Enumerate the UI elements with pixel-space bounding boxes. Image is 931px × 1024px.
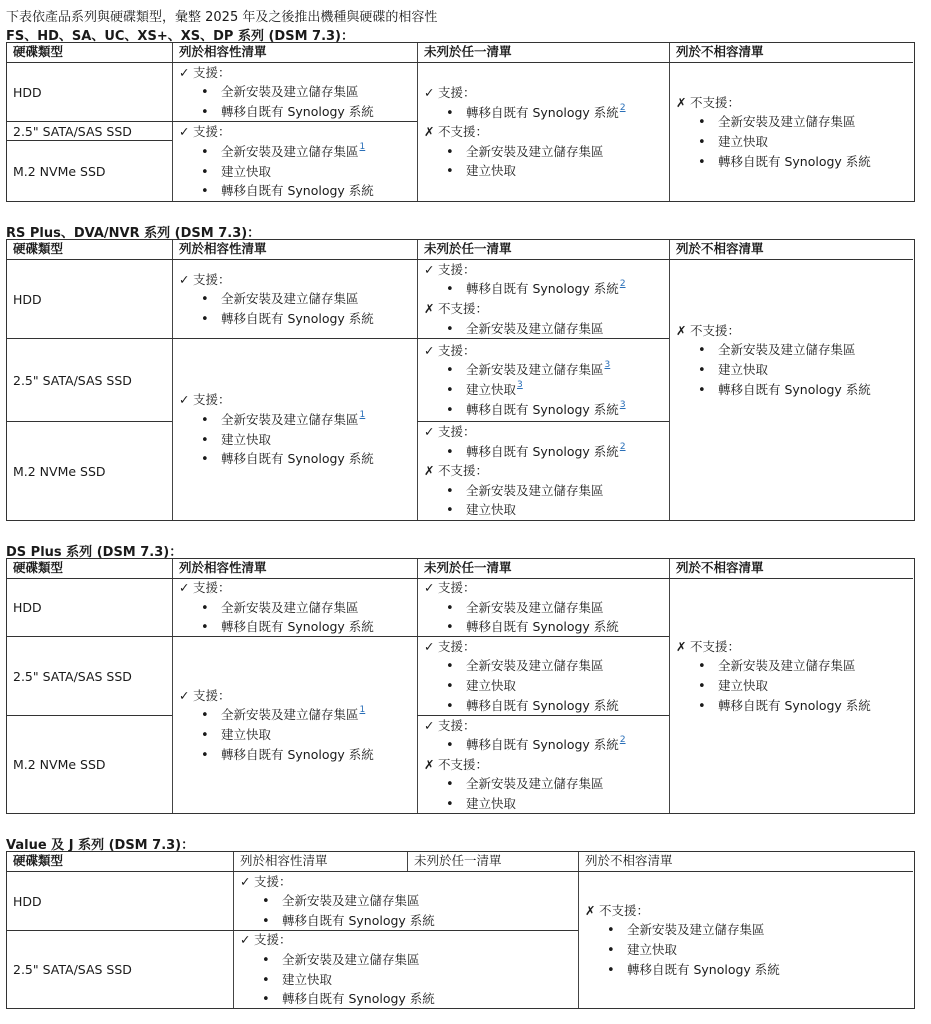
check-icon: ✓ bbox=[424, 83, 438, 103]
header-incompatible: 列於不相容清單 bbox=[670, 559, 910, 577]
list-item: 全新安裝及建立儲存集區3 bbox=[424, 360, 668, 380]
list-item: 轉移自既有 Synology 系統 bbox=[676, 696, 910, 716]
list-item: 轉移自既有 Synology 系統 bbox=[179, 102, 417, 122]
cross-icon: ✗ bbox=[424, 122, 438, 142]
check-icon: ✓ bbox=[240, 930, 254, 950]
disk-type-nvme-ssd: M.2 NVMe SSD bbox=[7, 422, 172, 520]
footnote-link[interactable]: 3 bbox=[605, 360, 611, 370]
list-item: 轉移自既有 Synology 系統3 bbox=[424, 400, 668, 420]
list-item: 全新安裝及建立儲存集區 bbox=[240, 950, 578, 970]
header-disk-type: 硬碟類型 bbox=[7, 240, 172, 258]
list-item: 建立快取 bbox=[424, 676, 668, 696]
list-item: 轉移自既有 Synology 系統2 bbox=[424, 279, 668, 299]
cross-icon: ✗ bbox=[676, 93, 690, 113]
list-item: 轉移自既有 Synology 系統 bbox=[179, 181, 417, 201]
list-item: 轉移自既有 Synology 系統 bbox=[179, 617, 417, 637]
list-item: 轉移自既有 Synology 系統 bbox=[424, 617, 668, 637]
check-icon: ✓ bbox=[424, 637, 438, 657]
list-item: 建立快取 bbox=[676, 676, 910, 696]
unlisted-sata-ssd: ✓支援： 全新安裝及建立儲存集區 建立快取 轉移自既有 Synology 系統 bbox=[418, 637, 668, 715]
list-item: 建立快取 bbox=[585, 940, 912, 960]
check-icon: ✓ bbox=[424, 422, 438, 442]
footnote-link[interactable]: 2 bbox=[620, 735, 626, 745]
compat-table-rs: 硬碟類型 列於相容性清單 未列於任一清單 列於不相容清單 HDD 2.5" SA… bbox=[6, 239, 915, 521]
disk-type-nvme-ssd: M.2 NVMe SSD bbox=[7, 716, 172, 813]
list-item: 建立快取 bbox=[179, 430, 417, 450]
list-item: 全新安裝及建立儲存集區 bbox=[179, 598, 417, 618]
listed-unlisted-ssd: ✓支援： 全新安裝及建立儲存集區 建立快取 轉移自既有 Synology 系統 bbox=[234, 931, 578, 1008]
compat-table-value-j: 硬碟類型 列於相容性清單 未列於任一清單 列於不相容清單 HDD 2.5" SA… bbox=[6, 851, 915, 1009]
intro-text: 下表依產品系列與硬碟類型，彙整 2025 年及之後推出機種與硬碟的相容性 bbox=[6, 6, 437, 25]
header-incompatible: 列於不相容清單 bbox=[670, 240, 910, 258]
list-item: 全新安裝及建立儲存集區 bbox=[240, 891, 578, 911]
list-item: 建立快取 bbox=[179, 162, 417, 182]
disk-type-hdd: HDD bbox=[7, 63, 172, 121]
cross-icon: ✗ bbox=[676, 637, 690, 657]
list-item: 轉移自既有 Synology 系統 bbox=[240, 989, 578, 1009]
header-incompatible: 列於不相容清單 bbox=[579, 852, 912, 870]
header-incompatible: 列於不相容清單 bbox=[670, 43, 910, 61]
unlisted-nvme-ssd: ✓支援： 轉移自既有 Synology 系統2 ✗不支援： 全新安裝及建立儲存集… bbox=[418, 422, 668, 520]
list-item: 全新安裝及建立儲存集區 bbox=[424, 142, 668, 162]
list-item: 建立快取 bbox=[676, 132, 910, 152]
compat-table-ds-plus: 硬碟類型 列於相容性清單 未列於任一清單 列於不相容清單 HDD 2.5" SA… bbox=[6, 558, 915, 814]
list-item: 轉移自既有 Synology 系統 bbox=[179, 745, 417, 765]
list-item: 建立快取 bbox=[676, 360, 910, 380]
list-item: 全新安裝及建立儲存集區1 bbox=[179, 410, 417, 430]
cross-icon: ✗ bbox=[585, 901, 599, 921]
footnote-link[interactable]: 2 bbox=[620, 103, 626, 113]
unlisted-hdd: ✓支援： 全新安裝及建立儲存集區 轉移自既有 Synology 系統 bbox=[418, 579, 668, 636]
list-item: 全新安裝及建立儲存集區1 bbox=[179, 705, 417, 725]
incompatible-all: ✗不支援： 全新安裝及建立儲存集區 建立快取 轉移自既有 Synology 系統 bbox=[670, 579, 910, 773]
list-item: 全新安裝及建立儲存集區 bbox=[424, 319, 668, 339]
list-item: 轉移自既有 Synology 系統2 bbox=[424, 735, 668, 755]
disk-type-sata-ssd: 2.5" SATA/SAS SSD bbox=[7, 339, 172, 421]
list-item: 全新安裝及建立儲存集區 bbox=[676, 112, 910, 132]
list-item: 全新安裝及建立儲存集區 bbox=[585, 920, 912, 940]
header-disk-type: 硬碟類型 bbox=[7, 559, 172, 577]
footnote-link[interactable]: 2 bbox=[620, 279, 626, 289]
unlisted-nvme-ssd: ✓支援： 轉移自既有 Synology 系統2 ✗不支援： 全新安裝及建立儲存集… bbox=[418, 716, 668, 813]
listed-unlisted-hdd: ✓支援： 全新安裝及建立儲存集區 轉移自既有 Synology 系統 bbox=[234, 872, 578, 930]
list-item: 建立快取3 bbox=[424, 380, 668, 400]
check-icon: ✓ bbox=[424, 716, 438, 736]
unlisted-sata-ssd: ✓支援： 全新安裝及建立儲存集區3 建立快取3 轉移自既有 Synology 系… bbox=[418, 339, 668, 421]
list-item: 全新安裝及建立儲存集區 bbox=[179, 289, 417, 309]
listed-ssd: ✓支援： 全新安裝及建立儲存集區1 建立快取 轉移自既有 Synology 系統 bbox=[173, 637, 417, 813]
listed-hdd: ✓支援： 全新安裝及建立儲存集區 轉移自既有 Synology 系統 bbox=[173, 63, 417, 121]
incompatible-all: ✗不支援： 全新安裝及建立儲存集區 建立快取 轉移自既有 Synology 系統 bbox=[670, 260, 910, 460]
check-icon: ✓ bbox=[424, 260, 438, 280]
check-icon: ✓ bbox=[179, 122, 193, 142]
list-item: 轉移自既有 Synology 系統 bbox=[585, 960, 912, 980]
header-unlisted: 未列於任一清單 bbox=[418, 559, 668, 577]
header-unlisted: 未列於任一清單 bbox=[418, 240, 668, 258]
list-item: 全新安裝及建立儲存集區 bbox=[676, 656, 910, 676]
compat-table-fs: 硬碟類型 列於相容性清單 未列於任一清單 列於不相容清單 HDD 2.5" SA… bbox=[6, 42, 915, 202]
header-disk-type: 硬碟類型 bbox=[7, 43, 172, 61]
disk-type-sata-ssd: 2.5" SATA/SAS SSD bbox=[7, 931, 233, 1008]
list-item: 全新安裝及建立儲存集區 bbox=[676, 340, 910, 360]
list-item: 轉移自既有 Synology 系統2 bbox=[424, 103, 668, 123]
disk-type-hdd: HDD bbox=[7, 260, 172, 338]
header-listed: 列於相容性清單 bbox=[234, 852, 407, 870]
list-item: 全新安裝及建立儲存集區1 bbox=[179, 142, 417, 162]
header-listed: 列於相容性清單 bbox=[173, 43, 417, 61]
check-icon: ✓ bbox=[240, 872, 254, 892]
header-unlisted: 未列於任一清單 bbox=[418, 43, 668, 61]
check-icon: ✓ bbox=[424, 578, 438, 598]
list-item: 全新安裝及建立儲存集區 bbox=[179, 82, 417, 102]
list-item: 建立快取 bbox=[424, 794, 668, 814]
header-disk-type: 硬碟類型 bbox=[7, 852, 233, 870]
footnote-link[interactable]: 3 bbox=[517, 380, 523, 390]
disk-type-nvme-ssd: M.2 NVMe SSD bbox=[7, 141, 172, 201]
list-item: 建立快取 bbox=[424, 500, 668, 520]
check-icon: ✓ bbox=[424, 341, 438, 361]
list-item: 全新安裝及建立儲存集區 bbox=[424, 598, 668, 618]
list-item: 建立快取 bbox=[179, 725, 417, 745]
check-icon: ✓ bbox=[179, 390, 193, 410]
disk-type-hdd: HDD bbox=[7, 872, 233, 930]
list-item: 轉移自既有 Synology 系統 bbox=[179, 449, 417, 469]
listed-ssd: ✓支援： 全新安裝及建立儲存集區1 建立快取 轉移自既有 Synology 系統 bbox=[173, 339, 417, 520]
unlisted-all: ✓支援： 轉移自既有 Synology 系統2 ✗不支援： 全新安裝及建立儲存集… bbox=[418, 63, 668, 201]
listed-ssd: ✓支援： 全新安裝及建立儲存集區1 建立快取 轉移自既有 Synology 系統 bbox=[173, 122, 417, 201]
check-icon: ✓ bbox=[179, 63, 193, 83]
incompatible-all: ✗不支援： 全新安裝及建立儲存集區 建立快取 轉移自既有 Synology 系統 bbox=[579, 872, 912, 1008]
footnote-link[interactable]: 1 bbox=[360, 705, 366, 715]
cross-icon: ✗ bbox=[424, 299, 438, 319]
list-item: 轉移自既有 Synology 系統 bbox=[676, 380, 910, 400]
list-item: 轉移自既有 Synology 系統 bbox=[240, 911, 578, 931]
list-item: 全新安裝及建立儲存集區 bbox=[424, 774, 668, 794]
list-item: 全新安裝及建立儲存集區 bbox=[424, 656, 668, 676]
list-item: 轉移自既有 Synology 系統 bbox=[424, 696, 668, 716]
list-item: 建立快取 bbox=[240, 970, 578, 990]
footnote-link[interactable]: 1 bbox=[360, 410, 366, 420]
header-listed: 列於相容性清單 bbox=[173, 559, 417, 577]
unlisted-hdd: ✓支援： 轉移自既有 Synology 系統2 ✗不支援： 全新安裝及建立儲存集… bbox=[418, 260, 668, 338]
disk-type-hdd: HDD bbox=[7, 579, 172, 636]
listed-hdd: ✓支援： 全新安裝及建立儲存集區 轉移自既有 Synology 系統 bbox=[173, 260, 417, 338]
list-item: 全新安裝及建立儲存集區 bbox=[424, 481, 668, 501]
list-item: 轉移自既有 Synology 系統2 bbox=[424, 442, 668, 462]
cross-icon: ✗ bbox=[424, 755, 438, 775]
check-icon: ✓ bbox=[179, 578, 193, 598]
listed-hdd: ✓支援： 全新安裝及建立儲存集區 轉移自既有 Synology 系統 bbox=[173, 579, 417, 636]
disk-type-sata-ssd: 2.5" SATA/SAS SSD bbox=[7, 122, 172, 140]
check-icon: ✓ bbox=[179, 686, 193, 706]
footnote-link[interactable]: 1 bbox=[360, 142, 366, 152]
header-listed: 列於相容性清單 bbox=[173, 240, 417, 258]
header-unlisted: 未列於任一清單 bbox=[408, 852, 578, 870]
footnote-link[interactable]: 3 bbox=[620, 400, 626, 410]
disk-type-sata-ssd: 2.5" SATA/SAS SSD bbox=[7, 637, 172, 715]
list-item: 轉移自既有 Synology 系統 bbox=[179, 309, 417, 329]
cross-icon: ✗ bbox=[676, 321, 690, 341]
check-icon: ✓ bbox=[179, 270, 193, 290]
list-item: 建立快取 bbox=[424, 161, 668, 181]
list-item: 轉移自既有 Synology 系統 bbox=[676, 152, 910, 172]
incompatible-all: ✗不支援： 全新安裝及建立儲存集區 建立快取 轉移自既有 Synology 系統 bbox=[670, 63, 910, 201]
cross-icon: ✗ bbox=[424, 461, 438, 481]
footnote-link[interactable]: 2 bbox=[620, 442, 626, 452]
